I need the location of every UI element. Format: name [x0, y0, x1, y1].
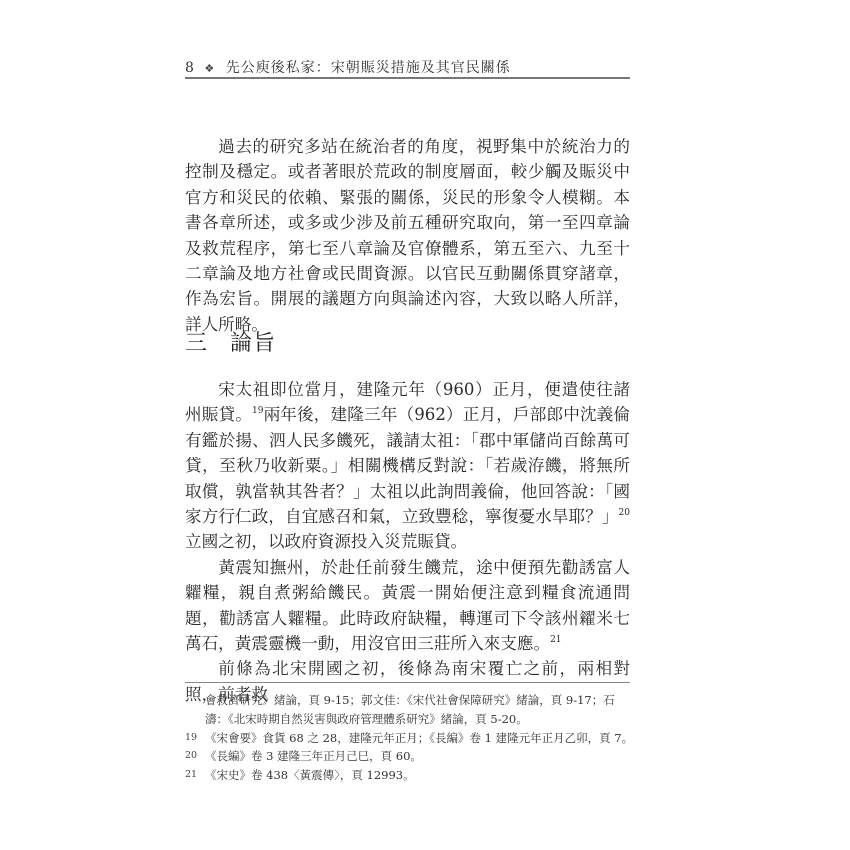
footnote-ref-20[interactable]: 20 [619, 508, 630, 518]
footnote-text: 《宋會要》食貨 68 之 28，建隆元年正月；《長編》卷 1 建隆元年正月乙卯，… [205, 729, 633, 748]
intro-section: 過去的研究多站在統治者的角度，視野集中於統治力的控制及穩定。或者著眼於荒政的制度… [185, 134, 630, 337]
footnote-rule [185, 682, 630, 683]
footnote-21: 21 《宋史》卷 438〈黃震傳〉，頁 12993。 [185, 766, 630, 785]
book-page: 8 ❖ 先公庾後私家：宋朝賑災措施及其官民關係 過去的研究多站在統治者的角度，視… [0, 0, 850, 850]
header-rule [185, 77, 630, 79]
footnote-ref-21[interactable]: 21 [550, 635, 561, 645]
book-title: 先公庾後私家：宋朝賑災措施及其官民關係 [226, 60, 511, 76]
intro-paragraph: 過去的研究多站在統治者的角度，視野集中於統治力的控制及穩定。或者著眼於荒政的制度… [185, 134, 630, 337]
footnote-number: 19 [185, 729, 205, 748]
section-number: 三 [185, 331, 208, 356]
footnote-continuation-line: 濤：《北宋時期自然災害與政府管理體系研究》緒論，頁 5-20。 [185, 710, 630, 729]
paragraph-1-part-c: 立國之初，以政府資源投入災荒賑貸。 [185, 532, 467, 551]
running-header: 8 ❖ 先公庾後私家：宋朝賑災措施及其官民關係 [185, 57, 630, 77]
footnote-text: 《宋史》卷 438〈黃震傳〉，頁 12993。 [205, 766, 630, 785]
main-text: 宋太祖即位當月，建隆元年（960）正月，便遣使往諸州賑貸。19兩年後，建隆三年（… [185, 377, 630, 707]
footnote-19: 19 《宋會要》食貨 68 之 28，建隆元年正月；《長編》卷 1 建隆元年正月… [185, 729, 630, 748]
section-heading: 三論旨 [185, 326, 276, 357]
footnote-ref-19[interactable]: 19 [252, 406, 263, 416]
footnote-text: 《長編》卷 3 建隆三年正月己巳，頁 60。 [205, 747, 630, 766]
page-number: 8 [185, 60, 195, 76]
ornament-icon: ❖ [204, 62, 215, 75]
paragraph-2: 黃震知撫州，於赴任前發生饑荒，途中便預先勸誘富人糶糧，親自煮粥給饑民。黃震一開始… [185, 555, 630, 657]
footnote-number: 21 [185, 766, 205, 785]
section-title: 論旨 [230, 331, 276, 356]
footnotes: 會救濟研究》緒論，頁 9-15；郭文佳：《宋代社會保障研究》緒論，頁 9-17；… [185, 691, 630, 785]
footnote-20: 20 《長編》卷 3 建隆三年正月己巳，頁 60。 [185, 747, 630, 766]
paragraph-2-text: 黃震知撫州，於赴任前發生饑荒，途中便預先勸誘富人糶糧，親自煮粥給饑民。黃震一開始… [185, 558, 630, 653]
paragraph-1: 宋太祖即位當月，建隆元年（960）正月，便遣使往諸州賑貸。19兩年後，建隆三年（… [185, 377, 630, 555]
footnote-continuation-line: 會救濟研究》緒論，頁 9-15；郭文佳：《宋代社會保障研究》緒論，頁 9-17；… [185, 691, 630, 710]
footnote-number: 20 [185, 747, 205, 766]
